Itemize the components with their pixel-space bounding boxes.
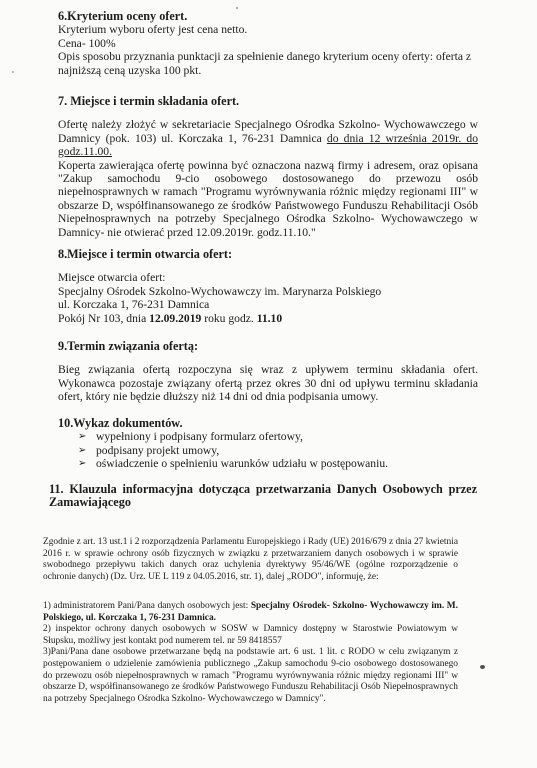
document-item-text: wypełniony i podpisany formularz ofertow… — [96, 430, 303, 443]
section-criteria: 6.Kryterium oceny ofert. Kryterium wybor… — [58, 10, 478, 77]
gdpr-point-3: 3)Pani/Pana dane osobowe przetwarzane bę… — [43, 647, 458, 705]
opening-date: 12.09.2019 — [149, 312, 201, 325]
opening-hour-label: roku godz. — [201, 312, 256, 325]
opening-hour: 11.10 — [257, 312, 282, 325]
price-weight: Cena- 100% — [58, 37, 478, 50]
scan-speck — [480, 665, 485, 669]
arrow-bullet-icon: ➢ — [78, 457, 86, 470]
document-page: 6.Kryterium oceny ofert. Kryterium wybor… — [0, 0, 537, 768]
section-11-heading: 11. Klauzula informacyjna dotycząca prze… — [49, 483, 477, 510]
submission-paragraph: Ofertę należy złożyć w sekretariacie Spe… — [58, 118, 478, 158]
opening-room: Pokój Nr 103, dnia — [58, 312, 149, 325]
document-item-text: oświadczenie o spełnieniu warunków udzia… — [96, 457, 388, 470]
section-documents: 10.Wykaz dokumentów. ➢wypełniony i podpi… — [58, 417, 478, 471]
section-10-heading: 10.Wykaz dokumentów. — [58, 417, 478, 430]
opening-address: ul. Korczaka 1, 76-231 Damnica — [58, 298, 478, 311]
section-binding-period: 9.Termin związania ofertą: Bieg związani… — [58, 340, 478, 404]
section-8-heading: 8.Miejsce i termin otwarcia ofert: — [58, 248, 478, 261]
arrow-bullet-icon: ➢ — [78, 444, 86, 457]
section-9-heading: 9.Termin związania ofertą: — [58, 340, 478, 353]
list-item: ➢podpisany projekt umowy, — [78, 444, 478, 457]
scan-speck — [236, 7, 238, 9]
document-item-text: podpisany projekt umowy, — [96, 444, 219, 457]
section-6-heading: 6.Kryterium oceny ofert. — [58, 10, 478, 23]
section-7-heading: 7. Miejsce i termin składania ofert. — [58, 95, 478, 108]
section-opening: 8.Miejsce i termin otwarcia ofert: Miejs… — [58, 248, 478, 325]
gdpr-point-2: 2) inspektor ochrony danych osobowych w … — [43, 624, 458, 647]
list-item: ➢wypełniony i podpisany formularz oferto… — [78, 430, 478, 443]
list-item: ➢oświadczenie o spełnieniu warunków udzi… — [78, 457, 478, 470]
scoring-description: Opis sposobu przyznania punktacji za spe… — [58, 50, 478, 77]
section-submission: 7. Miejsce i termin składania ofert. Ofe… — [58, 95, 478, 239]
arrow-bullet-icon: ➢ — [78, 430, 86, 443]
opening-time: Pokój Nr 103, dnia 12.09.2019 roku godz.… — [58, 312, 478, 325]
opening-institution: Specjalny Ośrodek Szkolno-Wychowawczy im… — [58, 285, 478, 298]
gdpr-point-1: 1) administratorem Pani/Pana danych osob… — [43, 601, 458, 624]
envelope-instructions: Koperta zawierająca ofertę powinna być o… — [58, 159, 478, 239]
gdpr-point-1-label: 1) administratorem Pani/Pana danych osob… — [43, 601, 251, 611]
scan-speck — [12, 71, 14, 73]
documents-list: ➢wypełniony i podpisany formularz oferto… — [58, 430, 478, 470]
binding-period-text: Bieg związania ofertą rozpoczyna się wra… — [58, 363, 478, 403]
gdpr-points: 1) administratorem Pani/Pana danych osob… — [43, 601, 458, 705]
gdpr-intro: Zgodnie z art. 13 ust.1 i 2 rozporządzen… — [43, 537, 458, 583]
opening-place-label: Miejsce otwarcia ofert: — [58, 271, 478, 284]
criteria-line: Kryterium wyboru oferty jest cena netto. — [58, 23, 478, 36]
